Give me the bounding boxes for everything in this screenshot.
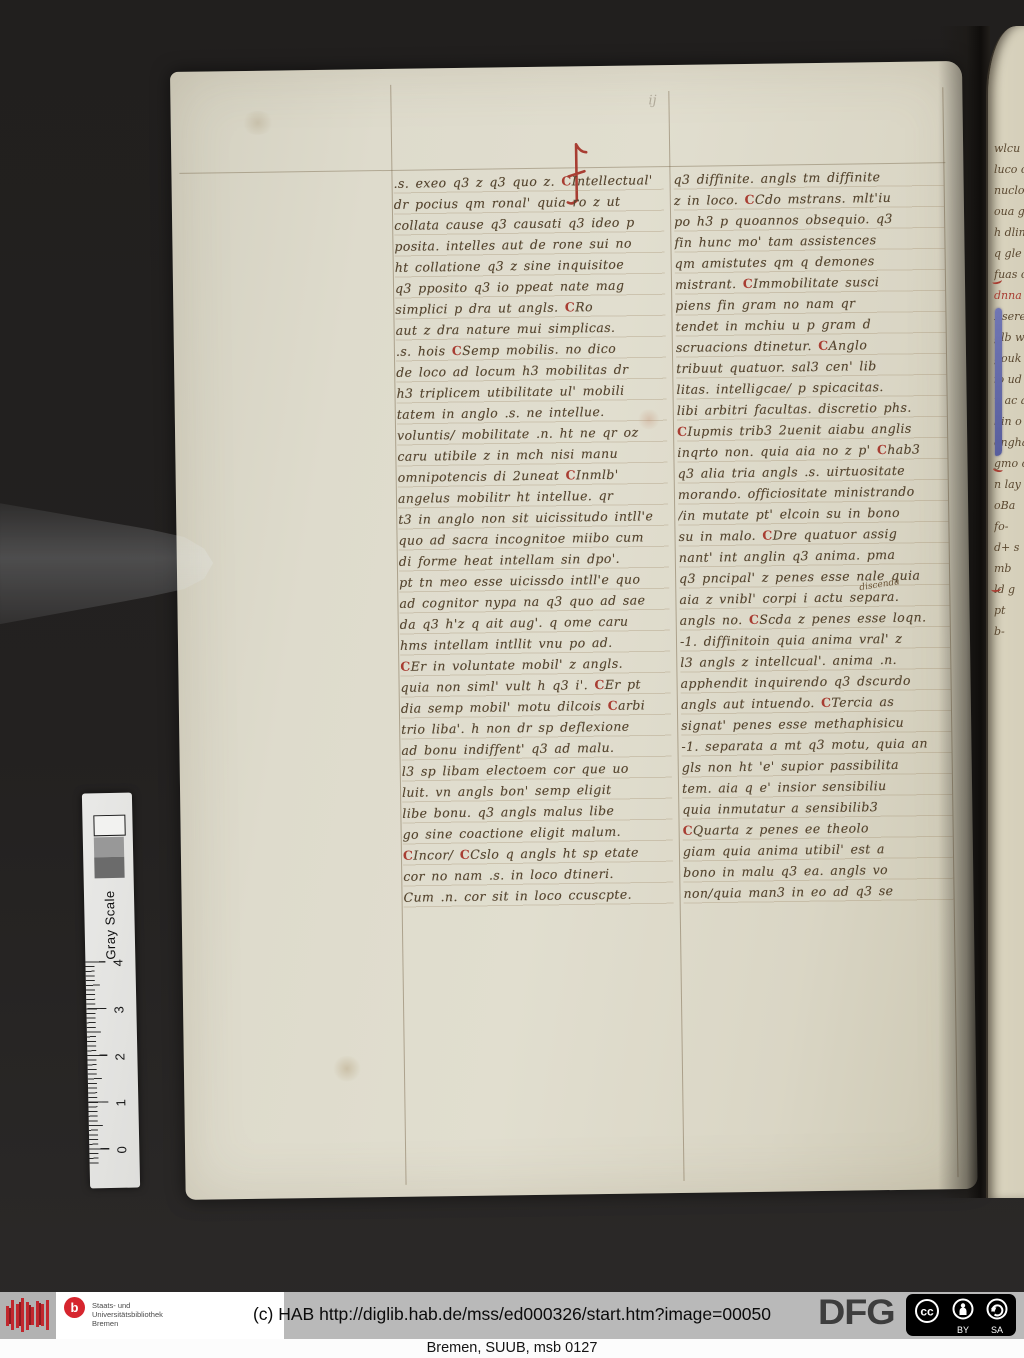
gray-scale-ruler: Gray Scale 43210 bbox=[82, 793, 140, 1189]
manuscript-text-line: quo ad sacra incognitoe miibo cum bbox=[398, 526, 668, 551]
library-name-line: Universitätsbibliothek bbox=[92, 1310, 163, 1319]
manuscript-text-line: .s. exeo q3 z q3 quo z. CIntellectual' bbox=[393, 169, 663, 194]
manuscript-text-line: dia semp mobil' motu dilcois Carbi bbox=[401, 694, 671, 719]
edge-text-fragment: mb bbox=[994, 558, 1024, 579]
ruler-number: 3 bbox=[110, 1001, 126, 1017]
ruler-numbers: 43210 bbox=[82, 793, 132, 794]
manuscript-text-line: CIncor/ CCslo q angls ht sp etate bbox=[403, 841, 673, 866]
facing-page-edge: wlcu bluco oinuclooyoua glh dlimq glefua… bbox=[986, 26, 1024, 1198]
edge-text-fragment: oBa bbox=[994, 495, 1024, 516]
svg-text:cc: cc bbox=[920, 1305, 934, 1319]
caption-bar: Bremen, SUUB, msb 0127 bbox=[0, 1339, 1024, 1358]
edge-text-fragment bbox=[994, 789, 1024, 810]
ruler-label: Gray Scale bbox=[73, 907, 146, 943]
gray-patch-mid bbox=[94, 837, 124, 858]
manuscript-text-line: Cum .n. cor sit in loco ccuscpte. bbox=[403, 883, 673, 908]
edge-text-fragment: h dlim bbox=[994, 222, 1024, 243]
cc-by-icon: BY bbox=[954, 1300, 973, 1336]
shelfmark-caption: Bremen, SUUB, msb 0127 bbox=[0, 1340, 1024, 1356]
edge-text-fragment: b- bbox=[994, 621, 1024, 642]
manuscript-text-line: apphendit inquirendo q3 dscurdo bbox=[680, 669, 950, 694]
gray-patch-dark bbox=[94, 857, 124, 879]
cc-license-badge: cc BY SA bbox=[906, 1294, 1016, 1336]
edge-text-fragment: n lay bbox=[994, 474, 1024, 495]
manuscript-text-line: ad cognitor nypa na q3 quo ad sae bbox=[399, 589, 669, 614]
book-gutter-shadow bbox=[938, 26, 990, 1198]
facing-page-text-fragments: wlcu bluco oinuclooyoua glh dlimq glefua… bbox=[994, 138, 1024, 915]
manuscript-text-line: angls no. CScda z penes esse loqn. bbox=[680, 606, 950, 631]
quire-mark: ij bbox=[648, 93, 656, 108]
gray-patch-white bbox=[93, 815, 125, 837]
edge-text-fragment bbox=[994, 894, 1024, 915]
parchment-stain bbox=[241, 111, 275, 135]
edge-text-fragment bbox=[994, 831, 1024, 852]
library-name-line: Bremen bbox=[92, 1319, 163, 1328]
edge-text-fragment bbox=[994, 663, 1024, 684]
library-name-line: Staats- und bbox=[92, 1301, 163, 1310]
edge-text-fragment bbox=[994, 642, 1024, 663]
digitized-manuscript-viewer: ij .s. exeo q3 z q3 quo z. CIntellectual… bbox=[0, 0, 1024, 1358]
manuscript-text-line: non/quia man3 in eo ad q3 se bbox=[683, 879, 953, 904]
edge-text-fragment bbox=[994, 726, 1024, 747]
ruler-number: 1 bbox=[112, 1095, 128, 1111]
edge-text-fragment bbox=[994, 810, 1024, 831]
cc-sa-icon: SA bbox=[988, 1300, 1007, 1336]
library-name: Staats- und Universitätsbibliothek Breme… bbox=[92, 1301, 163, 1328]
svg-text:SA: SA bbox=[991, 1325, 1003, 1335]
edge-text-fragment bbox=[994, 747, 1024, 768]
credit-bar: b Staats- und Universitätsbibliothek Bre… bbox=[0, 1292, 1024, 1339]
edge-text-fragment bbox=[994, 873, 1024, 894]
dfg-logo: DFG bbox=[818, 1293, 895, 1333]
library-b-logo-icon: b bbox=[64, 1297, 85, 1318]
manuscript-page: ij .s. exeo q3 z q3 quo z. CIntellectual… bbox=[170, 61, 978, 1200]
text-column-left: .s. exeo q3 z q3 quo z. CIntellectual'dr… bbox=[393, 169, 673, 910]
edge-text-fragment bbox=[994, 705, 1024, 726]
edge-text-fragment: dnna bbox=[994, 285, 1024, 306]
manuscript-text-line: voluntis/ mobilitate .n. ht ne qr oz bbox=[397, 421, 667, 446]
manuscript-text-line: q3 pncipal' z penes esse nale quia bbox=[679, 564, 949, 589]
edge-text-fragment bbox=[994, 768, 1024, 789]
ruler-number: 2 bbox=[111, 1048, 127, 1064]
manuscript-text-line: de loco ad locum h3 mobilitas dr bbox=[396, 358, 666, 383]
manuscript-text-line: inqrto non. quia aia no z p' Chab3 bbox=[677, 438, 947, 463]
edge-text-fragment: q gle bbox=[994, 243, 1024, 264]
library-barcode-logo-icon bbox=[0, 1292, 56, 1339]
edge-text-fragment: nuclooy bbox=[994, 180, 1024, 201]
manuscript-text-line: morando. officiositate ministrando bbox=[678, 480, 948, 505]
ruler-number: 4 bbox=[109, 955, 125, 971]
edge-text-fragment: fo- bbox=[994, 516, 1024, 537]
edge-text-fragment: oua gl bbox=[994, 201, 1024, 222]
edge-text-fragment: wlcu b bbox=[994, 138, 1024, 159]
library-logo-block: b Staats- und Universitätsbibliothek Bre… bbox=[56, 1292, 284, 1343]
manuscript-text-line: -1. separata a mt q3 motu, quia an bbox=[681, 732, 951, 757]
edge-text-fragment: d+ s bbox=[994, 537, 1024, 558]
parchment-stain bbox=[332, 1055, 362, 1081]
edge-text-fragment: luco oi bbox=[994, 159, 1024, 180]
edge-text-fragment bbox=[994, 852, 1024, 873]
manuscript-text-line: posita. intelles aut de rone sui no bbox=[394, 232, 664, 257]
svg-text:BY: BY bbox=[957, 1325, 969, 1335]
edge-text-fragment bbox=[994, 684, 1024, 705]
edge-text-fragment: pt bbox=[994, 600, 1024, 621]
ruler-number: 0 bbox=[113, 1142, 129, 1158]
blue-illuminated-initial bbox=[995, 308, 1002, 456]
text-column-right: q3 diffinite. angls tm diffinitez in loc… bbox=[673, 165, 953, 906]
